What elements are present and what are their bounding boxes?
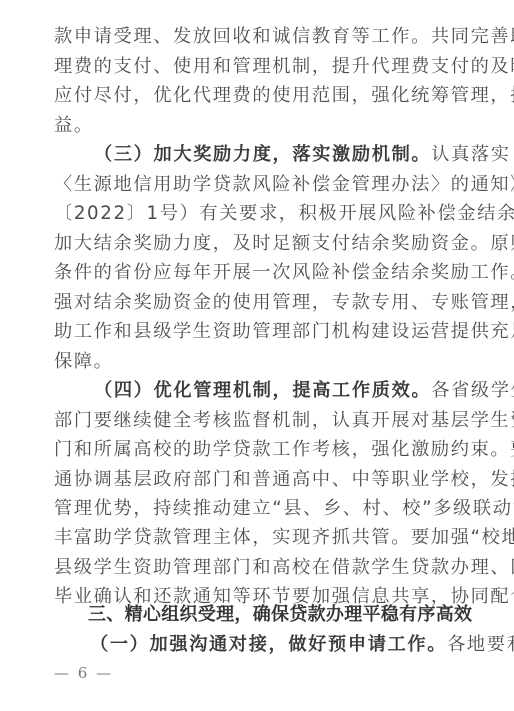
page-number: — 6 — (54, 664, 113, 682)
body-line: 通协调基层政府部门和普通高中、中等职业学校，发挥自身组织 (54, 469, 494, 491)
body-line: 〔2022〕1号）有关要求，积极开展风险补偿金结余奖励工作， (54, 203, 494, 225)
body-line: 加大结余奖励力度，及时足额支付结余奖励资金。原则上，具备 (54, 233, 494, 255)
body-line: 益。 (54, 115, 494, 137)
body-line: 保障。 (54, 351, 494, 373)
document-page: 款申请受理、发放回收和诚信教育等工作。共同完善助学贷款代 理费的支付、使用和管理… (0, 0, 514, 711)
section-4-heading: （四）优化管理机制，提高工作质效。 (94, 380, 431, 401)
subsection-1-text: 各地要利用好全国 (447, 634, 514, 655)
body-line: 管理优势，持续推动建立“县、乡、村、校”多级联动管理体系， (54, 498, 494, 520)
body-line: 助工作和县级学生资助管理部门机构建设运营提供充足的资金 (54, 321, 494, 343)
body-line: 款申请受理、发放回收和诚信教育等工作。共同完善助学贷款代 (54, 26, 494, 48)
body-line: 〈生源地信用助学贷款风险补偿金管理办法〉的通知》（财教 (54, 174, 494, 196)
section-3-text: 认真落实《关于印发 (431, 144, 514, 165)
body-line: 强对结余奖励资金的使用管理，专款专用、专账管理，为还款救 (54, 292, 494, 314)
body-line: 丰富助学贷款管理主体，实现齐抓共管。要加强“校地联动”， (54, 527, 494, 549)
body-line: 门和所属高校的助学贷款工作考核，强化激励约束。要进一步沟 (54, 439, 494, 461)
subsection-1-heading: （一）加强沟通对接，做好预申请工作。 (90, 634, 447, 655)
body-line: 部门要继续健全考核监督机制，认真开展对基层学生资助管理部 (54, 410, 494, 432)
section-4-first-line: （四）优化管理机制，提高工作质效。各省级学生资助管理 (94, 380, 494, 402)
section-3-heading: （三）加大奖励力度，落实激励机制。 (94, 144, 431, 165)
subsection-1-line: （一）加强沟通对接，做好预申请工作。各地要利用好全国 (90, 634, 490, 656)
body-line: 县级学生资助管理部门和高校在借款学生贷款办理、回执录入、 (54, 557, 494, 579)
section-4-text: 各省级学生资助管理 (431, 380, 514, 401)
section-heading: 三、精心组织受理，确保贷款办理平稳有序高效 (88, 604, 472, 626)
body-line: 理费的支付、使用和管理机制，提升代理费支付的及时性，确保 (54, 56, 494, 78)
body-line: 应付尽付，优化代理费的使用范围，强化统筹管理，提高使用效 (54, 85, 494, 107)
body-line: 条件的省份应每年开展一次风险补偿金结余奖励工作。各地要加 (54, 262, 494, 284)
section-3-first-line: （三）加大奖励力度，落实激励机制。认真落实《关于印发 (94, 144, 494, 166)
